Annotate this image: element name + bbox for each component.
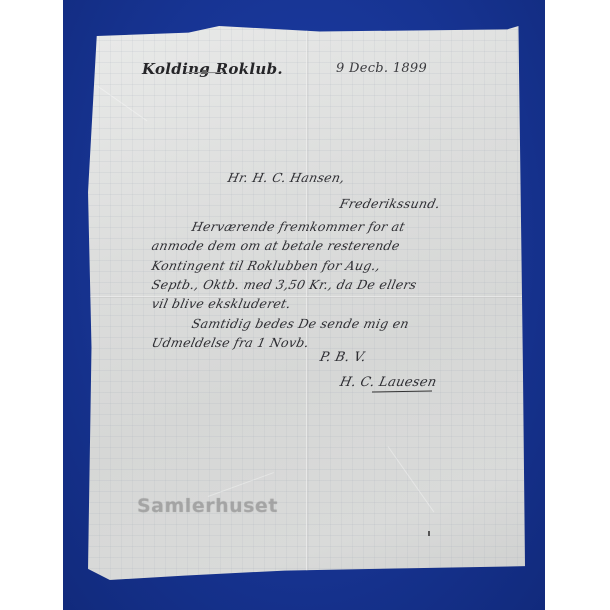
body-line: vil blive ekskluderet. [150, 296, 292, 311]
vertical-fold-line [306, 26, 308, 580]
body-line: anmode dem om at betale resterende [150, 238, 401, 253]
paper-blemish [428, 531, 430, 536]
body-line: Septb., Oktb. med 3,50 Kr., da De ellers [150, 277, 418, 292]
closing: P. B. V. [318, 350, 367, 365]
salutation: Hr. H. C. Hansen, [226, 170, 346, 185]
letterhead-rule-ornament [202, 70, 207, 74]
watermark: Samlerhuset [137, 495, 278, 517]
signature: H. C. Lauesen [338, 375, 438, 390]
paper-crease [208, 472, 274, 497]
body-line: Udmeldelse fra 1 Novb. [150, 335, 310, 350]
paper-crease [388, 446, 435, 512]
photo: Kolding Roklub. 9 Decb. 1899 Hr. H. C. H… [0, 0, 610, 610]
recipient-place: Frederikssund. [338, 196, 441, 211]
body-line: Kontingent til Roklubben for Aug., [150, 258, 382, 273]
letterhead: Kolding Roklub. [142, 60, 283, 78]
body-line: Herværende fremkommer for at [190, 219, 406, 234]
body-line: Samtidig bedes De sende mig en [190, 316, 410, 331]
paper-crease [98, 86, 148, 121]
letter-date: 9 Decb. 1899 [336, 61, 427, 76]
